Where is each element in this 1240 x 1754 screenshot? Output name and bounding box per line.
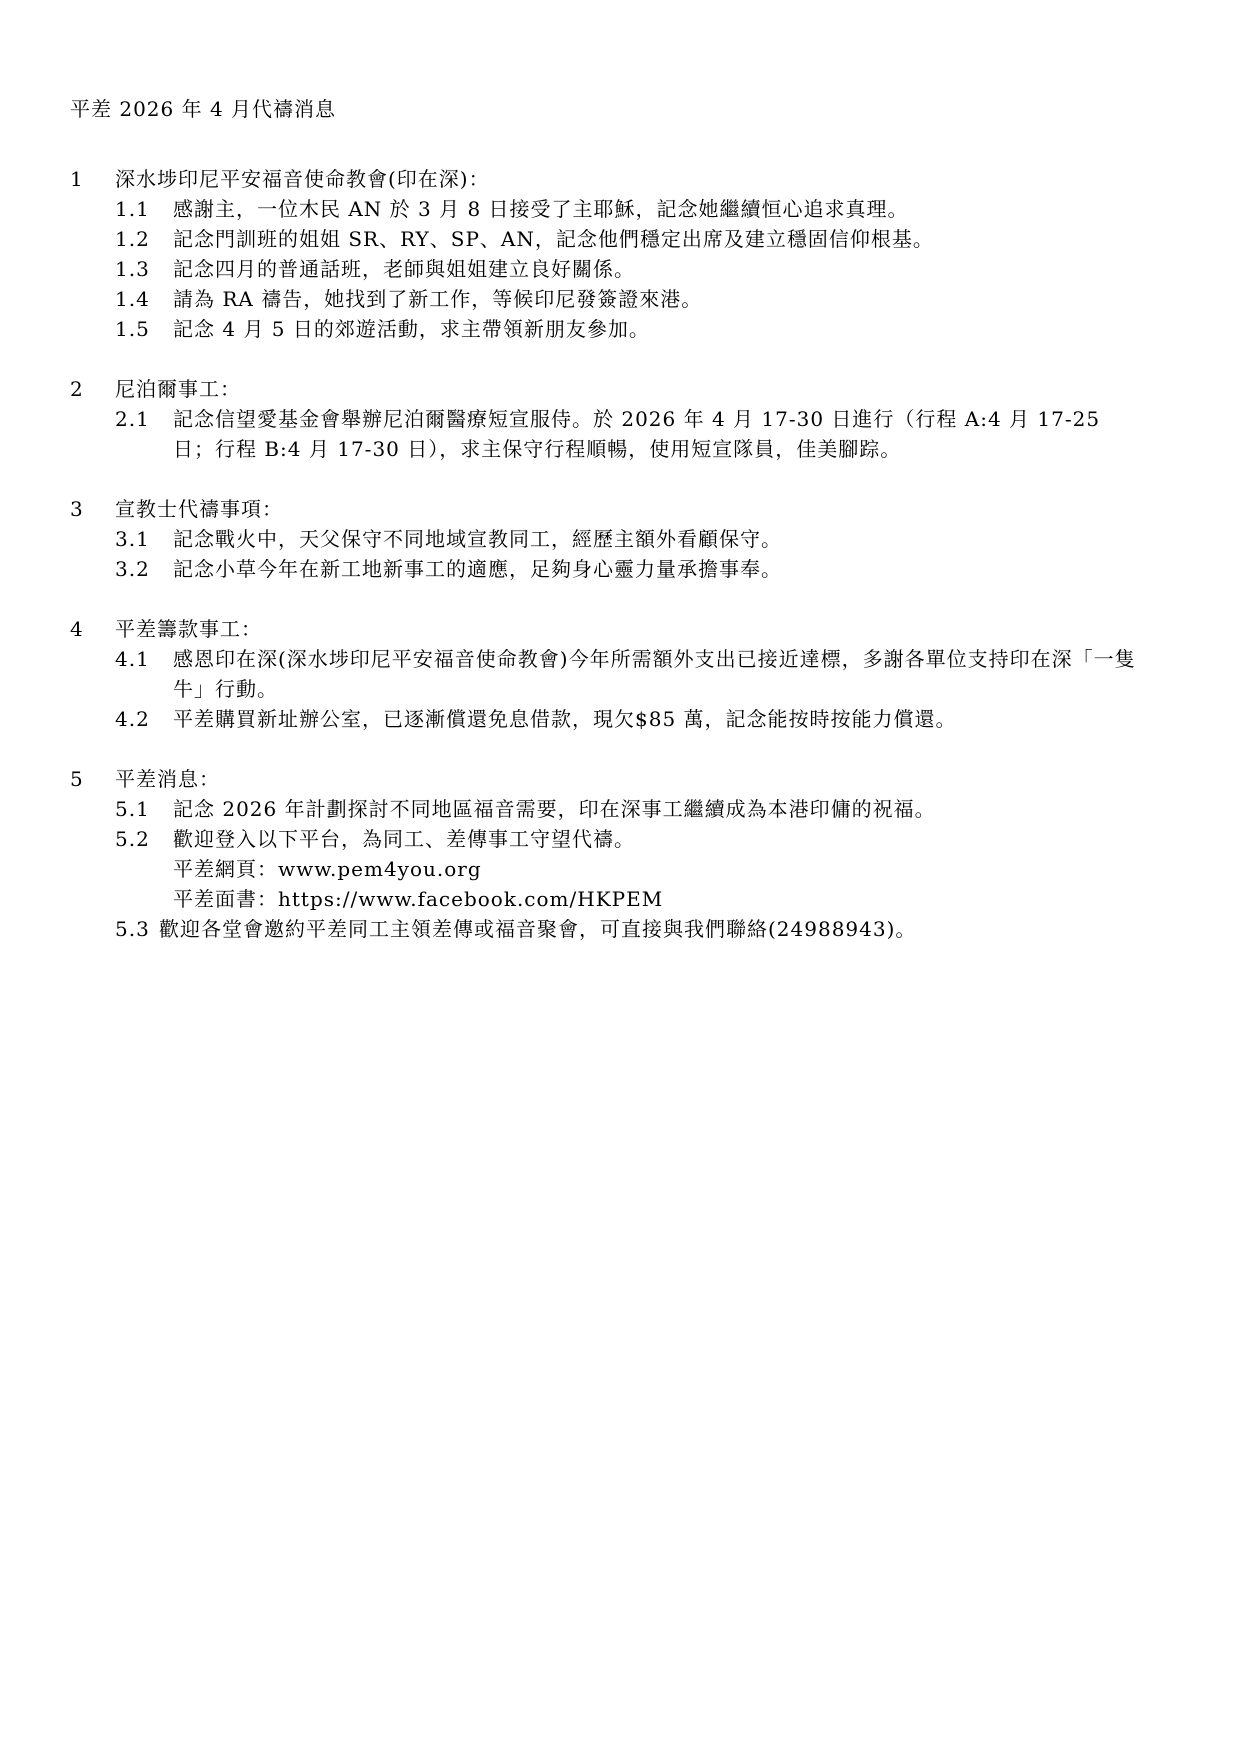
item-number: 5.2: [115, 824, 173, 854]
item-number: 3.1: [115, 524, 173, 554]
list-item: 5.3 歡迎各堂會邀約平差同工主領差傳或福音聚會，可直接與我們聯絡(249889…: [70, 914, 1170, 944]
document-page: 平差 2026 年 4 月代禱消息 1 深水埗印尼平安福音使命教會(印在深)： …: [70, 94, 1170, 974]
section-2: 2 尼泊爾事工： 2.1 記念信望愛基金會舉辦尼泊爾醫療短宣服侍。於 2026 …: [70, 374, 1170, 464]
list-item: 1.3 記念四月的普通話班，老師與姐姐建立良好關係。: [70, 254, 1170, 284]
list-item: 1.4 請為 RA 禱告，她找到了新工作，等候印尼發簽證來港。: [70, 284, 1170, 314]
item-text: 請為 RA 禱告，她找到了新工作，等候印尼發簽證來港。: [173, 284, 1143, 314]
item-text: 歡迎登入以下平台，為同工、差傳事工守望代禱。: [173, 824, 1143, 854]
item-text: 記念 2026 年計劃探討不同地區福音需要，印在深事工繼續成為本港印傭的祝福。: [173, 794, 1143, 824]
section-number: 2: [70, 374, 115, 404]
section-4: 4 平差籌款事工： 4.1 感恩印在深(深水埗印尼平安福音使命教會)今年所需額外…: [70, 614, 1170, 734]
item-text: 感恩印在深(深水埗印尼平安福音使命教會)今年所需額外支出已接近達標，多謝各單位支…: [173, 644, 1143, 704]
section-number: 3: [70, 494, 115, 524]
section-5: 5 平差消息： 5.1 記念 2026 年計劃探討不同地區福音需要，印在深事工繼…: [70, 764, 1170, 944]
section-heading: 3 宣教士代禱事項：: [70, 494, 1170, 524]
item-text: 記念四月的普通話班，老師與姐姐建立良好關係。: [173, 254, 1143, 284]
item-number: 4.1: [115, 644, 173, 704]
website-label: 平差網頁：: [173, 857, 278, 881]
website-link[interactable]: www.pem4you.org: [278, 857, 482, 881]
list-item: 1.5 記念 4 月 5 日的郊遊活動，求主帶領新朋友參加。: [70, 314, 1170, 344]
section-number: 4: [70, 614, 115, 644]
section-heading: 2 尼泊爾事工：: [70, 374, 1170, 404]
item-text: 感謝主，一位木民 AN 於 3 月 8 日接受了主耶穌，記念她繼續恒心追求真理。: [173, 194, 1143, 224]
facebook-link[interactable]: https://www.facebook.com/HKPEM: [278, 887, 663, 911]
section-number: 5: [70, 764, 115, 794]
list-item: 4.1 感恩印在深(深水埗印尼平安福音使命教會)今年所需額外支出已接近達標，多謝…: [70, 644, 1170, 704]
item-number: 3.2: [115, 554, 173, 584]
list-item: 4.2 平差購買新址辦公室，已逐漸償還免息借款，現欠$85 萬，記念能按時按能力…: [70, 704, 1170, 734]
item-number: 5.3: [115, 914, 159, 944]
item-text: 記念 4 月 5 日的郊遊活動，求主帶領新朋友參加。: [173, 314, 1143, 344]
item-number: 2.1: [115, 404, 173, 464]
section-3: 3 宣教士代禱事項： 3.1 記念戰火中，天父保守不同地域宣教同工，經歷主額外看…: [70, 494, 1170, 584]
list-item: 1.2 記念門訓班的姐姐 SR、RY、SP、AN，記念他們穩定出席及建立穩固信仰…: [70, 224, 1170, 254]
list-item: 5.2 歡迎登入以下平台，為同工、差傳事工守望代禱。: [70, 824, 1170, 854]
item-text: 平差購買新址辦公室，已逐漸償還免息借款，現欠$85 萬，記念能按時按能力償還。: [173, 704, 1143, 734]
section-heading: 4 平差籌款事工：: [70, 614, 1170, 644]
section-title: 平差籌款事工：: [115, 614, 1170, 644]
list-item: 1.1 感謝主，一位木民 AN 於 3 月 8 日接受了主耶穌，記念她繼續恒心追…: [70, 194, 1170, 224]
facebook-line: 平差面書：https://www.facebook.com/HKPEM: [70, 884, 1170, 914]
item-number: 5.1: [115, 794, 173, 824]
section-title: 尼泊爾事工：: [115, 374, 1170, 404]
website-line: 平差網頁：www.pem4you.org: [70, 854, 1170, 884]
list-item: 2.1 記念信望愛基金會舉辦尼泊爾醫療短宣服侍。於 2026 年 4 月 17-…: [70, 404, 1170, 464]
list-item: 3.1 記念戰火中，天父保守不同地域宣教同工，經歷主額外看顧保守。: [70, 524, 1170, 554]
item-number: 1.4: [115, 284, 173, 314]
section-title: 平差消息：: [115, 764, 1170, 794]
item-text: 記念門訓班的姐姐 SR、RY、SP、AN，記念他們穩定出席及建立穩固信仰根基。: [173, 224, 1143, 254]
item-text: 記念戰火中，天父保守不同地域宣教同工，經歷主額外看顧保守。: [173, 524, 1143, 554]
section-1: 1 深水埗印尼平安福音使命教會(印在深)： 1.1 感謝主，一位木民 AN 於 …: [70, 164, 1170, 344]
item-number: 4.2: [115, 704, 173, 734]
item-text: 記念信望愛基金會舉辦尼泊爾醫療短宣服侍。於 2026 年 4 月 17-30 日…: [173, 404, 1143, 464]
facebook-label: 平差面書：: [173, 887, 278, 911]
list-item: 5.1 記念 2026 年計劃探討不同地區福音需要，印在深事工繼續成為本港印傭的…: [70, 794, 1170, 824]
section-heading: 5 平差消息：: [70, 764, 1170, 794]
section-number: 1: [70, 164, 115, 194]
item-number: 1.2: [115, 224, 173, 254]
document-title: 平差 2026 年 4 月代禱消息: [70, 94, 1170, 124]
list-item: 3.2 記念小草今年在新工地新事工的適應，足夠身心靈力量承擔事奉。: [70, 554, 1170, 584]
item-number: 1.5: [115, 314, 173, 344]
item-text: 記念小草今年在新工地新事工的適應，足夠身心靈力量承擔事奉。: [173, 554, 1143, 584]
item-number: 1.1: [115, 194, 173, 224]
item-text: 歡迎各堂會邀約平差同工主領差傳或福音聚會，可直接與我們聯絡(24988943)。: [159, 914, 1129, 944]
section-title: 深水埗印尼平安福音使命教會(印在深)：: [115, 164, 1170, 194]
section-heading: 1 深水埗印尼平安福音使命教會(印在深)：: [70, 164, 1170, 194]
section-title: 宣教士代禱事項：: [115, 494, 1170, 524]
item-number: 1.3: [115, 254, 173, 284]
